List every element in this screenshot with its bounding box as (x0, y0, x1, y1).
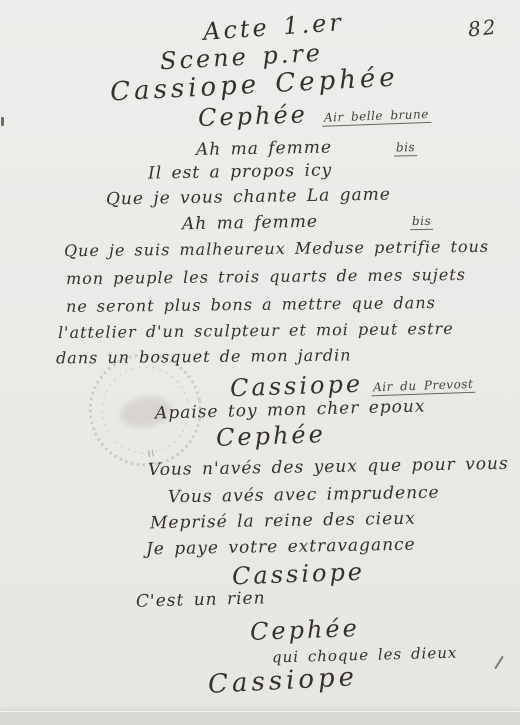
line-text: Cassiope (230, 370, 364, 403)
line-text: Meprisé la reine des cieux (150, 509, 416, 534)
line-note: Air du Prevost (371, 377, 476, 397)
line-text: Il est a propos icy (148, 160, 332, 183)
manuscript-line: CephéeAir belle brune (198, 96, 432, 132)
ink-mark (494, 656, 504, 670)
line-text: Vous avés avec imprudence (168, 483, 440, 508)
manuscript-page: 82 Acte 1.er Scene p.re Cassiope Cephée … (0, 0, 520, 725)
line-text: Que je vous chante La game (106, 185, 391, 210)
manuscript-line: CassiopeAir du Prevost (230, 366, 476, 403)
line-text: qui choque les dieux (272, 644, 458, 667)
line-text: Que je suis malheureux Meduse petrifie t… (64, 237, 489, 260)
line-text: Ah ma femme (182, 212, 318, 234)
manuscript-line: Que je vous chante La game (106, 185, 391, 210)
manuscript-line: dans un bosquet de mon jardin (56, 345, 352, 367)
manuscript-line: Acte 1.er (202, 8, 344, 46)
manuscript-line: qui choque les dieux (272, 644, 458, 667)
manuscript-line: Il est a propos icy (148, 160, 332, 183)
line-note: bis (394, 140, 417, 156)
line-text: Cephée (250, 614, 361, 646)
line-text: Cassiope (232, 558, 366, 591)
line-text: dans un bosquet de mon jardin (56, 345, 352, 367)
page-bottom-edge (0, 711, 520, 725)
manuscript-line: Meprisé la reine des cieux (150, 509, 416, 534)
manuscript-line: Cassiope (207, 662, 358, 700)
line-text: Cephée (216, 420, 327, 452)
manuscript-line: l'attelier d'un sculpteur et moi peut es… (58, 319, 454, 342)
manuscript-line: Vous avés avec imprudence (168, 483, 440, 508)
line-text: Cephée (198, 100, 309, 132)
ink-speck (1, 117, 4, 126)
manuscript-line: Je paye votre extravagance (146, 535, 416, 560)
manuscript-line: Que je suis malheureux Meduse petrifie t… (64, 237, 489, 260)
line-text: C'est un rien (136, 588, 266, 611)
line-text: Ah ma femme (196, 138, 332, 160)
manuscript-line: Cephée (250, 614, 361, 646)
line-text: Acte 1.er (202, 8, 344, 46)
manuscript-line: Cephée (216, 420, 327, 452)
manuscript-line: mon peuple les trois quarts de mes sujet… (66, 265, 466, 288)
line-text: ne seront plus bons a mettre que dans (66, 293, 436, 316)
line-text: Cassiope (207, 662, 358, 700)
line-text: l'attelier d'un sculpteur et moi peut es… (58, 319, 454, 342)
line-text: mon peuple les trois quarts de mes sujet… (66, 265, 466, 288)
page-number: 82 (467, 15, 499, 42)
manuscript-line: Cassiope (232, 558, 366, 591)
line-text: Je paye votre extravagance (146, 535, 416, 560)
manuscript-line: ne seront plus bons a mettre que dans (66, 293, 436, 316)
manuscript-line: Ah ma femmebis (196, 136, 417, 160)
line-note: Air belle brune (322, 107, 431, 127)
line-note: bis (410, 214, 433, 230)
manuscript-line: C'est un rien (136, 588, 266, 611)
manuscript-line: Ah ma femmebis (182, 210, 433, 234)
